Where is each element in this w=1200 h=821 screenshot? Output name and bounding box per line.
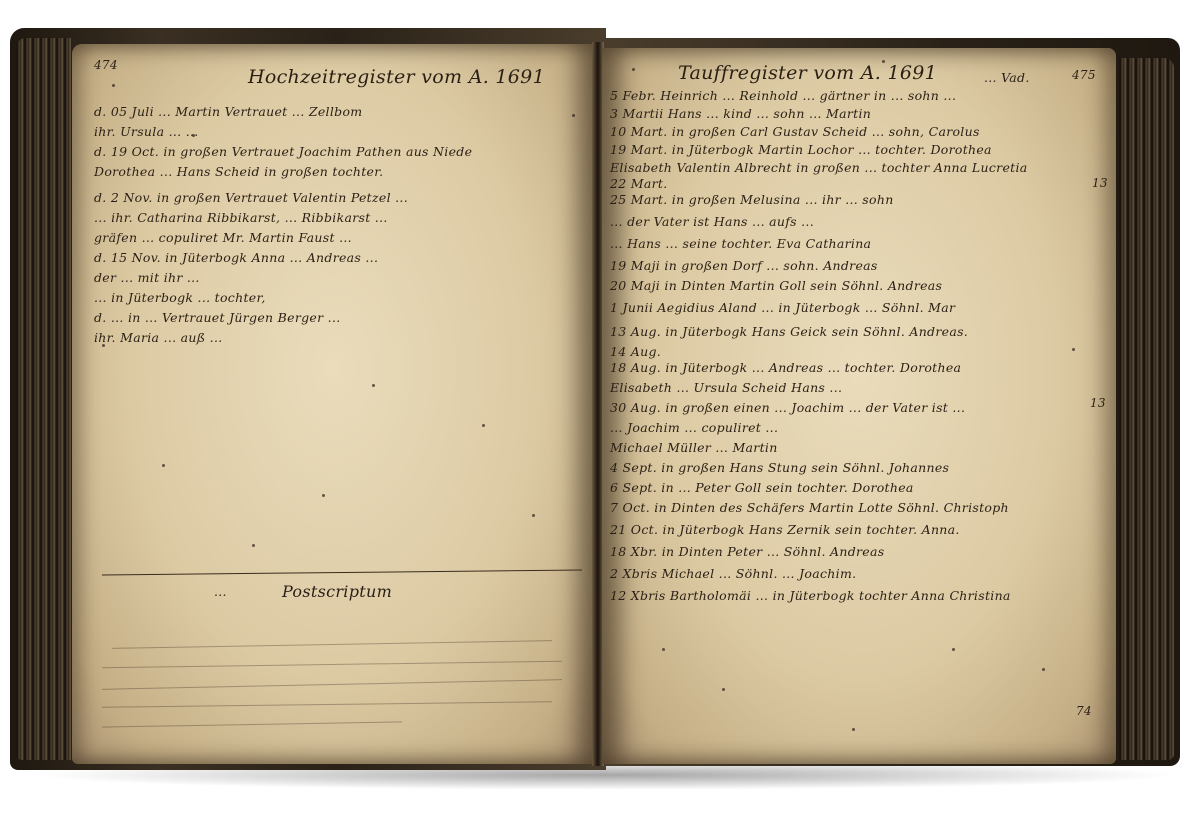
entry-date: Elisabeth bbox=[610, 160, 672, 175]
entry-date: 14 Aug. bbox=[610, 344, 661, 359]
entry-text: in großen Melusina ... ihr ... sohn bbox=[672, 192, 894, 207]
entry-line: ihr. Ursula ... ... bbox=[94, 124, 199, 139]
entry-date: 12 Xbris bbox=[610, 588, 666, 603]
footer-number: 74 bbox=[1076, 704, 1092, 718]
entry-line: der ... mit ihr ... bbox=[94, 270, 200, 285]
section-heading-prefix: ... bbox=[214, 584, 227, 599]
entry-date: 6 Sept. bbox=[610, 480, 657, 495]
left-page-edges bbox=[16, 38, 71, 760]
margin-mark: 13 bbox=[1090, 396, 1106, 410]
entry-text: Michael Müller ... Martin bbox=[610, 440, 778, 455]
entry-line: ihr. Maria ... auß ... bbox=[94, 330, 223, 345]
open-book: 474 Hochzeitregister vom A. 1691 d. 05 J… bbox=[10, 28, 1180, 770]
entry-text: Aegidius Aland ... in Jüterbogk ... Söhn… bbox=[657, 300, 955, 315]
entry-text: Michael ... Söhnl. ... Joachim. bbox=[662, 566, 857, 581]
entry-line: d. 19 Oct. in großen Vertrauet Joachim P… bbox=[94, 144, 472, 159]
entry-line: Dorothea ... Hans Scheid in großen tocht… bbox=[94, 164, 383, 179]
entry-text: in großen Carl Gustav Scheid ... sohn, C… bbox=[672, 124, 980, 139]
entry-date: 3 Martii bbox=[610, 106, 664, 121]
entry-date: 2 Xbris bbox=[610, 566, 657, 581]
entry-text: in Jüterbogk Hans Zernik sein tochter. A… bbox=[663, 522, 960, 537]
entry-date: 25 Mart. bbox=[610, 192, 668, 207]
entry-text: Bartholomäi ... in Jüterbogk tochter Ann… bbox=[670, 588, 1011, 603]
margin-mark: 13 bbox=[1092, 176, 1108, 190]
right-page-title: Tauffregister vom A. 1691 bbox=[678, 62, 937, 84]
entry-date: 20 Maji bbox=[610, 278, 660, 293]
entry-text: in großen einen ... Joachim ... der Vate… bbox=[665, 400, 965, 415]
entry-date: 4 Sept. bbox=[610, 460, 657, 475]
entry-date: 22 Mart. bbox=[610, 176, 668, 191]
entry-text: in Dinten des Schäfers Martin Lotte Söhn… bbox=[654, 500, 1009, 515]
left-page-title: Hochzeitregister vom A. 1691 bbox=[248, 66, 545, 88]
right-page-number: 475 bbox=[1072, 68, 1096, 82]
section-heading: Postscriptum bbox=[282, 582, 392, 601]
entry-text: Hans ... kind ... sohn ... Martin bbox=[668, 106, 871, 121]
entry-line: ... in Jüterbogk ... tochter, bbox=[94, 290, 266, 305]
entry-line: gräfen ... copuliret Mr. Martin Faust ..… bbox=[94, 230, 352, 245]
entry-text: in großen Hans Stung sein Söhnl. Johanne… bbox=[661, 460, 949, 475]
entry-text: ... Ursula Scheid Hans ... bbox=[676, 380, 842, 395]
entry-date: 10 Mart. bbox=[610, 124, 668, 139]
entry-line: d. ... in ... Vertrauet Jürgen Berger ..… bbox=[94, 310, 341, 325]
left-page: 474 Hochzeitregister vom A. 1691 d. 05 J… bbox=[72, 44, 596, 764]
left-page-number: 474 bbox=[94, 58, 118, 72]
entry-date: 30 Aug. bbox=[610, 400, 661, 415]
entry-text: in großen Dorf ... sohn. Andreas bbox=[664, 258, 877, 273]
entry-date: 18 Aug. bbox=[610, 360, 661, 375]
right-page-title-suffix: ... Vad. bbox=[984, 70, 1030, 85]
entry-line: d. 05 Juli ... Martin Vertrauet ... Zell… bbox=[94, 104, 362, 119]
entry-text: in Dinten Peter ... Söhnl. Andreas bbox=[662, 544, 885, 559]
entry-text: in Jüterbogk Martin Lochor ... tochter. … bbox=[672, 142, 992, 157]
entry-date: Elisabeth bbox=[610, 380, 672, 395]
right-page: Tauffregister vom A. 1691 ... Vad. 475 1… bbox=[602, 48, 1116, 764]
entry-date: 1 Junii bbox=[610, 300, 653, 315]
entry-date: 13 Aug. bbox=[610, 324, 661, 339]
entry-text: in Jüterbogk Hans Geick sein Söhnl. Andr… bbox=[665, 324, 968, 339]
section-divider bbox=[102, 569, 582, 575]
entry-date: 5 Febr. bbox=[610, 88, 656, 103]
entry-line: ... ihr. Catharina Ribbikarst, ... Ribbi… bbox=[94, 210, 388, 225]
entry-text: in Jüterbogk ... Andreas ... tochter. Do… bbox=[665, 360, 961, 375]
entry-text: Heinrich ... Reinhold ... gärtner in ...… bbox=[660, 88, 956, 103]
entry-line: d. 15 Nov. in Jüterbogk Anna ... Andreas… bbox=[94, 250, 378, 265]
entry-text: ... Hans ... seine tochter. Eva Catharin… bbox=[610, 236, 871, 251]
entry-text: ... Joachim ... copuliret ... bbox=[610, 420, 778, 435]
entry-date: 19 Maji bbox=[610, 258, 660, 273]
entry-text: in Dinten Martin Goll sein Söhnl. Andrea… bbox=[664, 278, 942, 293]
entry-date: 19 Mart. bbox=[610, 142, 668, 157]
right-page-edges bbox=[1119, 58, 1174, 760]
entry-date: 7 Oct. bbox=[610, 500, 650, 515]
entry-text: ... der Vater ist Hans ... aufs ... bbox=[610, 214, 814, 229]
entry-date: 18 Xbr. bbox=[610, 544, 657, 559]
entry-text: in ... Peter Goll sein tochter. Dorothea bbox=[661, 480, 913, 495]
entry-text: Valentin Albrecht in großen ... tochter … bbox=[676, 160, 1027, 175]
entry-date: 21 Oct. bbox=[610, 522, 658, 537]
entry-line: d. 2 Nov. in großen Vertrauet Valentin P… bbox=[94, 190, 408, 205]
